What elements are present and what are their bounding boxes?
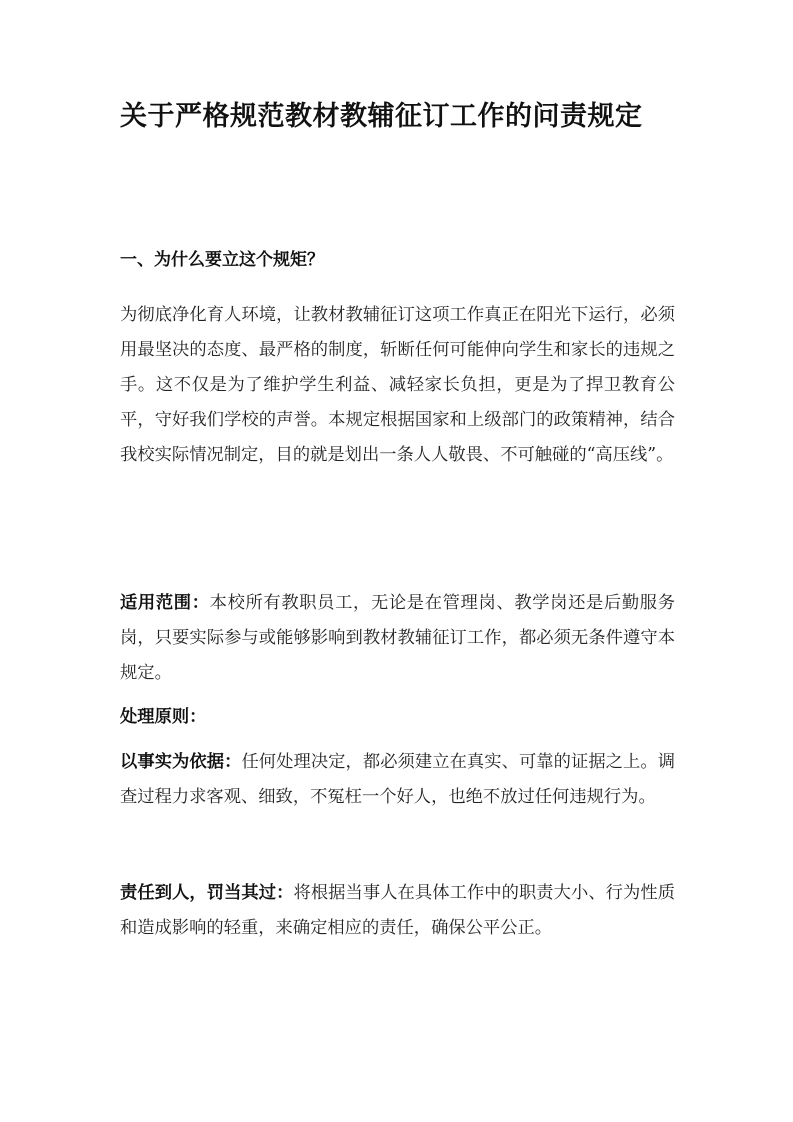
principle-item: 以事实为依据：任何处理决定，都必须建立在真实、可靠的证据之上。调查过程力求客观、… (120, 745, 675, 815)
section-heading-why: 一、为什么要立这个规矩？ (120, 247, 324, 273)
intro-paragraph: 为彻底净化育人环境，让教材教辅征订这项工作真正在阳光下运行，必须用最坚决的态度、… (120, 298, 675, 473)
principle-label: 责任到人，罚当其过 (120, 883, 276, 903)
scope-label: 适用范围 (120, 593, 192, 613)
principles-heading: 处理原则： (120, 700, 675, 735)
principle-item: 责任到人，罚当其过：将根据当事人在具体工作中的职责大小、行为性质和造成影响的轻重… (120, 876, 675, 946)
document-title: 关于严格规范教材教辅征订工作的问责规定 (120, 95, 675, 138)
scope-separator: ： (192, 593, 210, 613)
principle-separator: ： (224, 752, 241, 772)
principle-separator: ： (276, 883, 293, 903)
principles-label: 处理原则： (120, 707, 206, 727)
principle-label: 以事实为依据 (120, 752, 224, 772)
scope-paragraph: 适用范围：本校所有教职员工，无论是在管理岗、教学岗还是后勤服务岗，只要实际参与或… (120, 586, 675, 691)
